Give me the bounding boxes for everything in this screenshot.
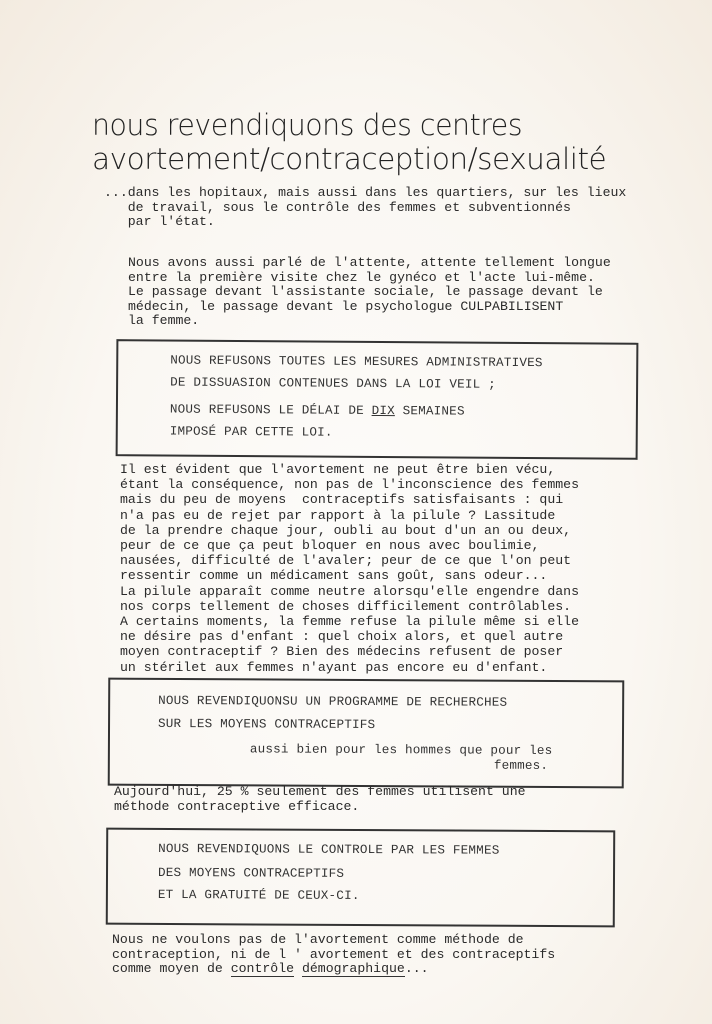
conclusion-text (294, 961, 302, 976)
box-line: NOUS REFUSONS TOUTES LES MESURES ADMINIS… (170, 354, 542, 371)
box-text: NOUS REFUSONS LE DÉLAI DE (170, 403, 372, 418)
underlined-word: DIX (372, 404, 395, 418)
demand-box-research: NOUS REVENDIQUONSU UN PROGRAMME DE RECHE… (108, 678, 625, 789)
box-line: ET LA GRATUITÉ DE CEUX-CI. (158, 888, 360, 903)
demand-box-control: NOUS REVENDIQUONS LE CONTROLE PAR LES FE… (106, 828, 616, 928)
scanned-page: nous revendiquons des centres avortement… (0, 0, 712, 1024)
box-line: NOUS REFUSONS LE DÉLAI DE DIX SEMAINES (170, 403, 465, 419)
pill-paragraph: Il est évident que l'avortement ne peut … (120, 462, 579, 675)
title-line-1: nous revendiquons des centres (92, 108, 586, 142)
box-line: DE DISSUASION CONTENUES DANS LA LOI VEIL… (170, 376, 496, 392)
statistic-paragraph: Aujourd'hui, 25 % seulement des femmes u… (114, 785, 526, 814)
box-line: NOUS REVENDIQUONS LE CONTROLE PAR LES FE… (158, 842, 499, 858)
demand-box-refusal: NOUS REFUSONS TOUTES LES MESURES ADMINIS… (116, 339, 639, 460)
box-text: SEMAINES (395, 404, 465, 418)
box-line: aussi bien pour les hommes que pour les (250, 742, 553, 758)
box-line: NOUS REVENDIQUONSU UN PROGRAMME DE RECHE… (158, 694, 507, 710)
conclusion-line: Nous ne voulons pas de l'avortement comm… (112, 932, 524, 947)
box-line: femmes. (494, 759, 548, 773)
box-line: IMPOSÉ PAR CETTE LOI. (170, 425, 333, 440)
box-line: SUR LES MOYENS CONTRACEPTIFS (158, 717, 375, 732)
conclusion-text: comme moyen de (112, 961, 231, 976)
conclusion-paragraph: Nous ne voulons pas de l'avortement comm… (112, 933, 555, 977)
underlined-word: démographique (302, 961, 405, 977)
box-line: DES MOYENS CONTRACEPTIFS (158, 866, 344, 881)
conclusion-line: contraception, ni de l ' avortement et d… (112, 947, 555, 962)
underlined-word: contrôle (231, 961, 294, 977)
title-line-2: avortement/contraception/sexualité (92, 142, 606, 176)
conclusion-text: ... (405, 961, 429, 976)
page-title: nous revendiquons des centres avortement… (92, 108, 596, 176)
waiting-paragraph: Nous avons aussi parlé de l'attente, att… (128, 256, 611, 329)
intro-paragraph: ...dans les hopitaux, mais aussi dans le… (104, 186, 626, 230)
